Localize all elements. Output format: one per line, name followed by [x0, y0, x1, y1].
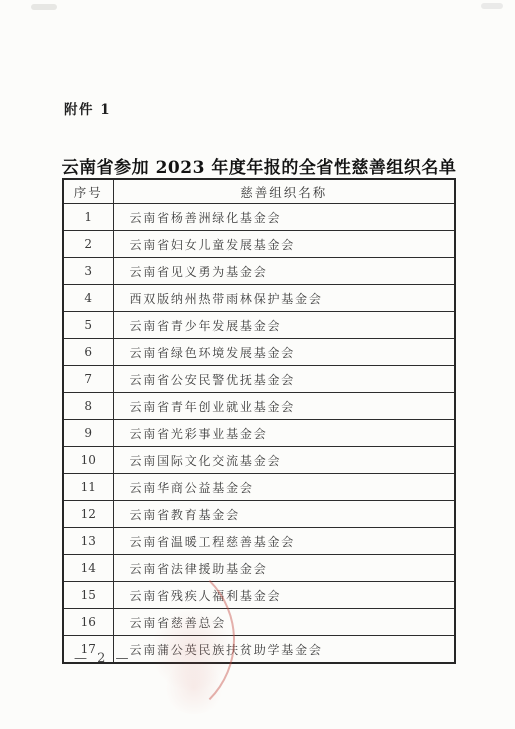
org-name: 西双版纳州热带雨林保护基金会	[113, 285, 455, 312]
org-name: 云南省公安民警优抚基金会	[113, 366, 455, 393]
table-row: 5云南省青少年发展基金会	[63, 312, 455, 339]
table-row: 6云南省绿色环境发展基金会	[63, 339, 455, 366]
table-row: 1云南省杨善洲绿化基金会	[63, 204, 455, 231]
org-name: 云南省青年创业就业基金会	[113, 393, 455, 420]
row-index: 4	[63, 285, 113, 312]
table-row: 4西双版纳州热带雨林保护基金会	[63, 285, 455, 312]
row-index: 15	[63, 582, 113, 609]
table-row: 14云南省法律援助基金会	[63, 555, 455, 582]
org-name: 云南省杨善洲绿化基金会	[113, 204, 455, 231]
row-index: 12	[63, 501, 113, 528]
table-row: 16云南省慈善总会	[63, 609, 455, 636]
row-index: 10	[63, 447, 113, 474]
table-row: 8云南省青年创业就业基金会	[63, 393, 455, 420]
table-row: 7云南省公安民警优抚基金会	[63, 366, 455, 393]
row-index: 13	[63, 528, 113, 555]
charity-organizations-table: 序号 慈善组织名称 1云南省杨善洲绿化基金会 2云南省妇女儿童发展基金会 3云南…	[62, 178, 456, 664]
org-name: 云南省残疾人福利基金会	[113, 582, 455, 609]
org-name: 云南省法律援助基金会	[113, 555, 455, 582]
row-index: 6	[63, 339, 113, 366]
org-name: 云南省教育基金会	[113, 501, 455, 528]
row-index: 3	[63, 258, 113, 285]
org-name: 云南省绿色环境发展基金会	[113, 339, 455, 366]
org-name: 云南省慈善总会	[113, 609, 455, 636]
table-row: 2云南省妇女儿童发展基金会	[63, 231, 455, 258]
org-name: 云南省青少年发展基金会	[113, 312, 455, 339]
table-row: 3云南省见义勇为基金会	[63, 258, 455, 285]
table-row: 10云南国际文化交流基金会	[63, 447, 455, 474]
table-row: 13云南省温暖工程慈善基金会	[63, 528, 455, 555]
row-index: 7	[63, 366, 113, 393]
red-seal-smudge	[162, 662, 226, 714]
column-header-org-name: 慈善组织名称	[113, 179, 455, 204]
page-number: — 2 —	[74, 651, 132, 666]
table-row: 12云南省教育基金会	[63, 501, 455, 528]
row-index: 1	[63, 204, 113, 231]
row-index: 9	[63, 420, 113, 447]
row-index: 16	[63, 609, 113, 636]
table-row: 9云南省光彩事业基金会	[63, 420, 455, 447]
scan-artifact	[31, 4, 57, 10]
document-page: 附件 1 云南省参加 2023 年度年报的全省性慈善组织名单 序号 慈善组织名称…	[0, 0, 515, 729]
scan-artifact	[481, 3, 503, 9]
document-title: 云南省参加 2023 年度年报的全省性慈善组织名单	[60, 153, 458, 178]
org-name: 云南省温暖工程慈善基金会	[113, 528, 455, 555]
org-name: 云南国际文化交流基金会	[113, 447, 455, 474]
org-name: 云南省光彩事业基金会	[113, 420, 455, 447]
org-name: 云南华商公益基金会	[113, 474, 455, 501]
org-name: 云南蒲公英民族扶贫助学基金会	[113, 636, 455, 664]
table-header-row: 序号 慈善组织名称	[63, 179, 455, 204]
row-index: 2	[63, 231, 113, 258]
attachment-label: 附件 1	[64, 98, 111, 118]
table-row: 15云南省残疾人福利基金会	[63, 582, 455, 609]
row-index: 8	[63, 393, 113, 420]
row-index: 11	[63, 474, 113, 501]
row-index: 14	[63, 555, 113, 582]
org-name: 云南省见义勇为基金会	[113, 258, 455, 285]
row-index: 5	[63, 312, 113, 339]
org-name: 云南省妇女儿童发展基金会	[113, 231, 455, 258]
table-row: 11云南华商公益基金会	[63, 474, 455, 501]
column-header-index: 序号	[63, 179, 113, 204]
